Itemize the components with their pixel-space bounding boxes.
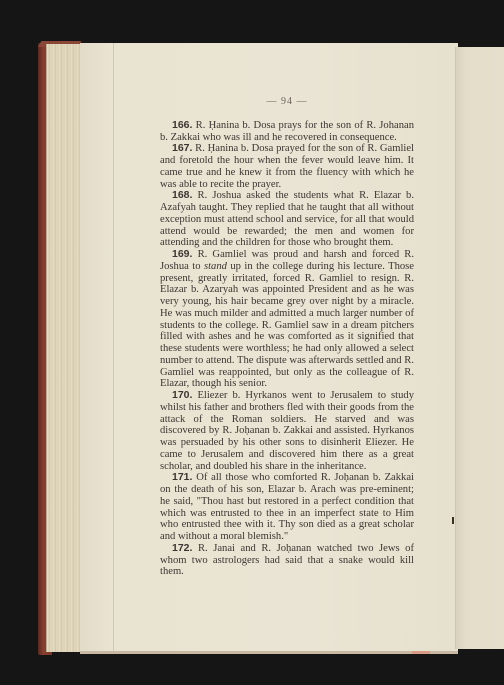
paragraph-text-after: up in the college during his lecture. Th… [160,261,414,390]
paragraph-170: 170. Eliezer b. Hyrkanos went to Jerusal… [160,390,414,472]
paragraph-167: 167. R. Ḥanina b. Dosa prayed for the so… [160,143,414,190]
page-number: — 94 — [160,96,414,108]
bookmark-tab [412,651,430,654]
facing-page-edge [455,47,504,649]
paragraph-text: Of all those who comforted R. Joḥanan b.… [160,472,414,542]
paragraph-number: 169. [172,248,192,260]
paragraph-number: 166. [172,119,192,131]
paragraph-text: R. Ḥanina b. Dosa prayed for the son of … [160,143,414,189]
paragraph-166: 166. R. Ḥanina b. Dosa prays for the son… [160,120,414,144]
page-text: — 94 — 166. R. Ḥanina b. Dosa prays for … [160,96,414,578]
page-fold-line [113,43,114,653]
paragraph-number: 170. [172,389,192,401]
paragraph-text: R. Joshua asked the students what R. Ela… [160,190,414,248]
paragraph-text: Eliezer b. Hyrkanos went to Jerusalem to… [160,390,414,472]
page-speck [452,517,454,524]
paragraph-169: 169. R. Gamliel was proud and harsh and … [160,249,414,390]
paragraph-168: 168. R. Joshua asked the students what R… [160,190,414,249]
paragraph-text: R. Janai and R. Joḥanan watched two Jews… [160,543,414,578]
paragraph-number: 168. [172,189,192,201]
paragraph-text: R. Ḥanina b. Dosa prays for the son of R… [160,120,414,143]
paragraph-number: 172. [172,542,192,554]
emphasized-word: stand [204,261,227,272]
page-bottom-edge [80,651,458,654]
page-edges [46,44,82,652]
paragraph-number: 171. [172,471,192,483]
paragraph-number: 167. [172,142,192,154]
paragraph-171: 171. Of all those who comforted R. Joḥan… [160,472,414,543]
paragraph-172: 172. R. Janai and R. Joḥanan watched two… [160,543,414,578]
